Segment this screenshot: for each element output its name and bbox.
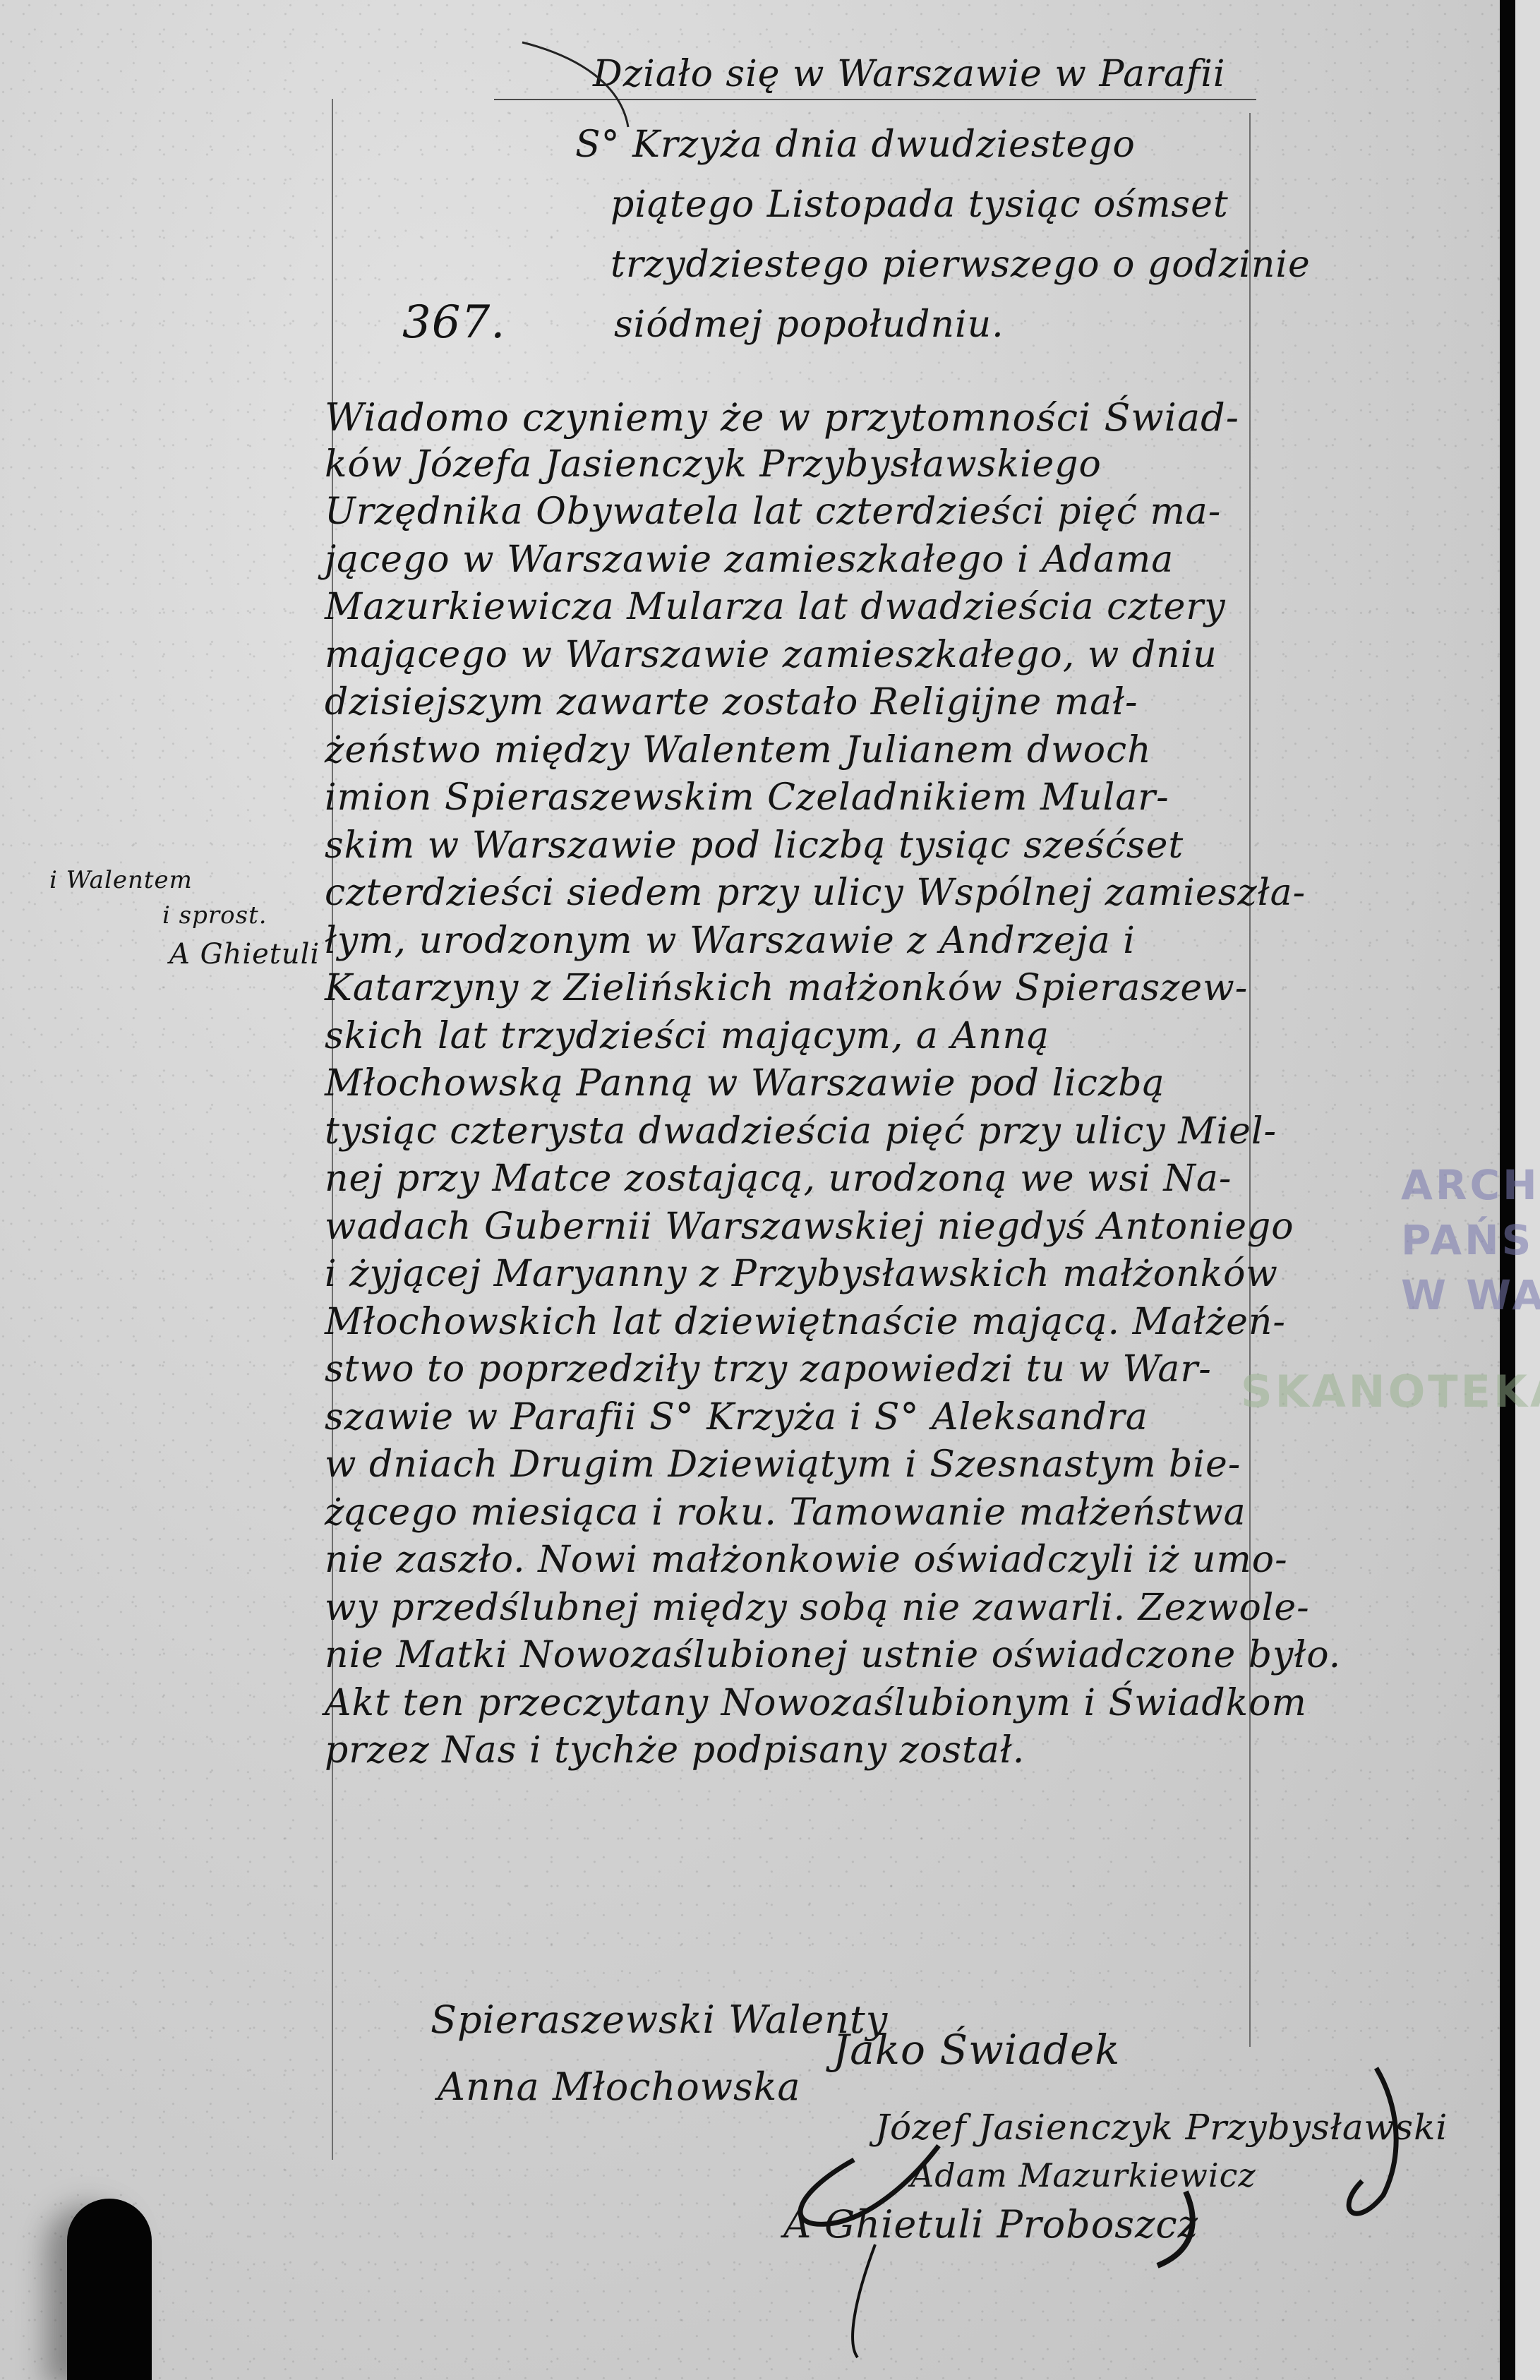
record-line: Katarzyny z Zielińskich małżonków Spiera…: [325, 967, 1248, 1009]
record-line: Akt ten przeczytany Nowozaślubionym i Św…: [325, 1682, 1307, 1724]
record-line: mającego w Warszawie zamieszkałego, w dn…: [325, 634, 1217, 676]
record-line: Urzędnika Obywatela lat czterdzieści pię…: [325, 491, 1221, 533]
record-line: przez Nas i tychże podpisany został.: [325, 1729, 1025, 1772]
record-line: Młochowską Panną w Warszawie pod liczbą: [325, 1062, 1165, 1105]
header-line-1: Działo się w Warszawie w Parafii: [593, 53, 1225, 95]
record-line: wy przedślubnej między sobą nie zawarli.…: [325, 1587, 1310, 1629]
record-line: nej przy Matce zostającą, urodzoną we ws…: [325, 1158, 1232, 1200]
witness-label: Jako Świadek: [833, 2026, 1120, 2074]
header-line-2: S° Krzyża dnia dwudziestego: [575, 124, 1136, 166]
signature-bride: Anna Młochowska: [438, 2065, 801, 2109]
record-line: Wiadomo czyniemy że w przytomności Świad…: [325, 395, 1239, 440]
signature-groom: Spieraszewski Walenty: [431, 1997, 888, 2042]
watermark-line-1: ARCH: [1401, 1158, 1540, 1213]
record-line: stwo to poprzedziły trzy zapowiedzi tu w…: [325, 1348, 1212, 1390]
skanoteka-watermark: SKANOTEKA.G: [1241, 1366, 1540, 1417]
header-line-4: trzydziestego pierwszego o godzinie: [610, 244, 1311, 286]
record-line: szawie w Parafii S° Krzyża i S° Aleksand…: [325, 1396, 1148, 1438]
margin-note-signature: A Ghietuli: [169, 939, 320, 970]
record-line: Młochowskich lat dziewiętnaście mającą. …: [325, 1301, 1286, 1343]
entry-number: 367.: [402, 296, 506, 349]
signature-witness-2: Adam Mazurkiewicz: [910, 2156, 1256, 2194]
header-line-5: siódmej popołudniu.: [614, 303, 1004, 346]
record-line: skim w Warszawie pod liczbą tysiąc sześć…: [325, 824, 1184, 867]
record-line: Mazurkiewicza Mularza lat dwadzieścia cz…: [325, 586, 1226, 628]
margin-note-line-1: i Walentem: [49, 865, 193, 896]
record-line: dzisiejszym zawarte zostało Religijne ma…: [325, 681, 1138, 723]
record-line: nie Matki Nowozaślubionej ustnie oświadc…: [325, 1634, 1341, 1676]
watermark-line-3: W WAR: [1401, 1268, 1540, 1323]
signature-witness-1: Józef Jasienczyk Przybysławski: [875, 2107, 1448, 2148]
record-line: żącego miesiąca i roku. Tamowanie małżeń…: [325, 1491, 1246, 1534]
record-line: w dniach Drugim Dziewiątym i Szesnastym …: [325, 1443, 1241, 1486]
margin-note-line-2: i sprost.: [162, 900, 267, 931]
scanner-thumb-shadow: [67, 2199, 152, 2380]
record-line: i żyjącej Maryanny z Przybysławskich mał…: [325, 1253, 1278, 1295]
record-line: imion Spieraszewskim Czeladnikiem Mular-: [325, 776, 1169, 819]
right-ruled-margin: [1249, 113, 1251, 2047]
record-line: wadach Gubernii Warszawskiej niegdyś Ant…: [325, 1206, 1294, 1248]
header-line-3: piątego Listopada tysiąc ośmset: [610, 184, 1229, 226]
record-line: nie zaszło. Nowi małżonkowie oświadczyli…: [325, 1539, 1288, 1581]
record-line: jącego w Warszawie zamieszkałego i Adama: [325, 539, 1174, 581]
record-line: tysiąc czterysta dwadzieścia pięć przy u…: [325, 1110, 1277, 1153]
header-underline: [494, 99, 1256, 100]
record-line: łym, urodzonym w Warszawie z Andrzeja i: [325, 920, 1136, 962]
archive-watermark: ARCH PAŃS W WAR: [1401, 1158, 1540, 1323]
record-line: czterdzieści siedem przy ulicy Wspólnej …: [325, 872, 1306, 914]
record-line: żeństwo między Walentem Julianem dwoch: [325, 729, 1152, 771]
record-line: skich lat trzydzieści mającym, a Anną: [325, 1015, 1049, 1057]
signature-official: A Ghietuli Proboszcz: [783, 2202, 1198, 2247]
watermark-line-2: PAŃS: [1401, 1213, 1540, 1268]
record-line: ków Józefa Jasienczyk Przybysławskiego: [325, 443, 1102, 486]
